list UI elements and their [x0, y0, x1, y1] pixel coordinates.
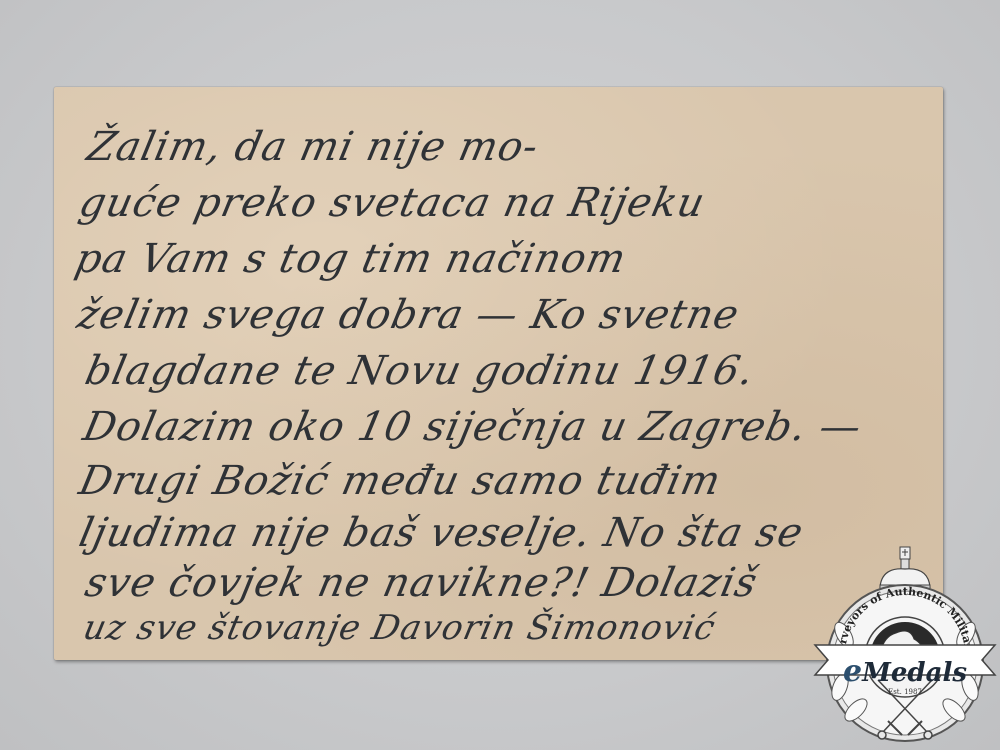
- handwritten-line: Drugi Božić među samo tuđim: [76, 461, 938, 501]
- badge-emblem-icon: Purveyors of Authentic Militaria: [810, 545, 1000, 750]
- emedals-watermark-badge: Purveyors of Authentic Militaria eMedals…: [810, 545, 1000, 750]
- badge-brand-text: eMedals: [810, 654, 1000, 689]
- brand-name: Medals: [862, 658, 967, 688]
- badge-established: Est. 1987: [810, 688, 1000, 696]
- handwritten-line: uz sve štovanje Davorin Šimonović: [80, 611, 936, 645]
- handwritten-line: blagdane te Novu godinu 1916.: [82, 351, 938, 391]
- brand-prefix: e: [843, 654, 862, 689]
- handwritten-line: Dolazim oko 10 siječnja u Zagreb. —: [80, 407, 938, 447]
- handwritten-line: ljudima nije baš veselje. No šta se: [76, 513, 938, 553]
- handwritten-line: sve čovjek ne navikne?! Dolaziš: [82, 563, 938, 603]
- handwritten-line: Žalim, da mi nije mo-: [84, 127, 938, 167]
- handwritten-line: pa Vam s tog tim načinom: [72, 239, 938, 279]
- handwritten-line: želim svega dobra — Ko svetne: [74, 295, 938, 335]
- handwritten-line: guće preko svetaca na Rijeku: [76, 183, 938, 223]
